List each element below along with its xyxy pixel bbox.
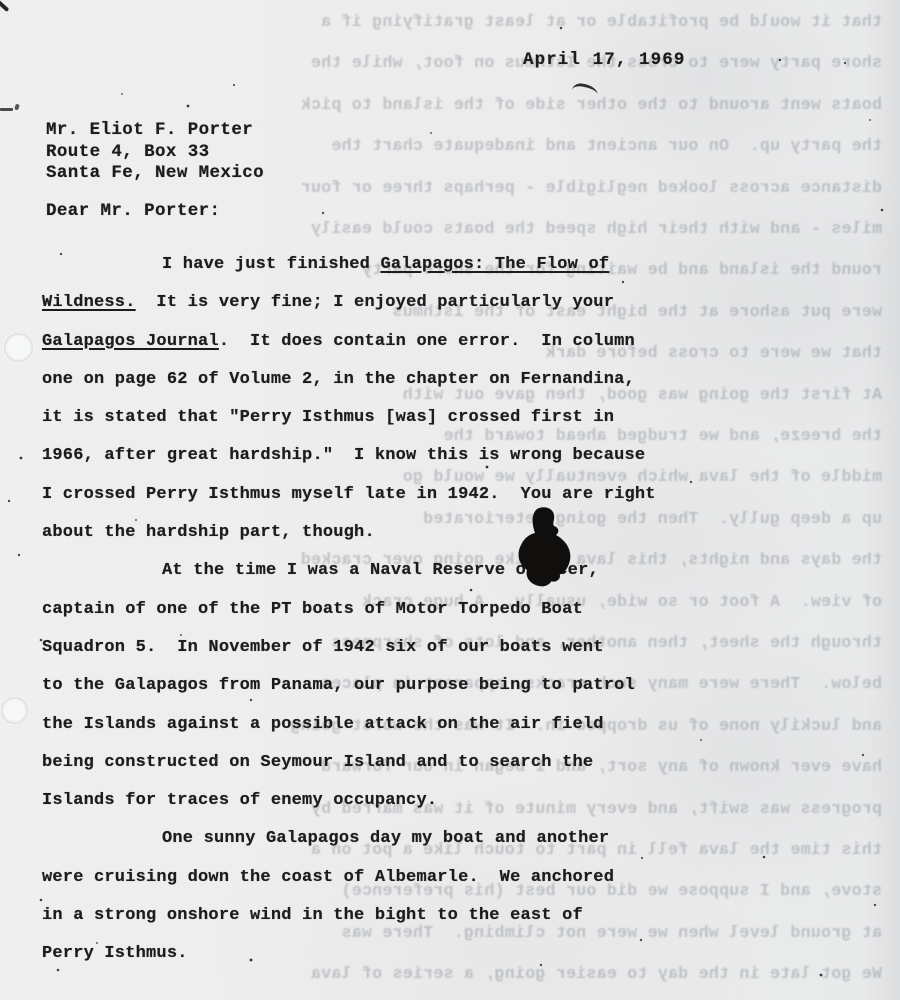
body-line: 1966, after great hardship." I know this…: [42, 437, 656, 475]
ghost-line: the party up. On our ancient and inadequ…: [331, 136, 882, 155]
body-line: Squadron 5. In November of 1942 six of o…: [42, 629, 656, 667]
body-line: one on page 62 of Volume 2, in the chapt…: [42, 361, 656, 399]
address-line: Mr. Eliot F. Porter: [46, 120, 264, 142]
address-line: Santa Fe, New Mexico: [46, 163, 264, 185]
edge-scan-dot: [14, 104, 20, 111]
hole-punch-bottom: [1, 697, 28, 724]
ghost-line: miles - and with their high speed the bo…: [311, 219, 882, 238]
body-line: I have just finished Galapagos: The Flow…: [42, 246, 656, 284]
body-line: it is stated that "Perry Isthmus [was] c…: [42, 399, 656, 437]
hole-punch-top: [4, 333, 33, 362]
ink-blot: [510, 506, 580, 592]
body-line: the Islands against a possible attack on…: [42, 706, 656, 744]
body-line: captain of one of the PT boats of Motor …: [42, 591, 656, 629]
salutation: Dear Mr. Porter:: [46, 201, 220, 221]
paper-specks: [0, 0, 2, 2]
underlined-title: Galapagos Journal: [42, 332, 219, 351]
letter-page: that it would be profitable or at least …: [0, 0, 900, 1000]
body-line: being constructed on Seymour Island and …: [42, 744, 656, 782]
ghost-line: that it would be profitable or at least …: [321, 12, 882, 31]
ghost-line: boats went around to the other side of t…: [301, 95, 883, 114]
body-line: Perry Isthmus.: [42, 935, 656, 973]
body-line: Galapagos Journal. It does contain one e…: [42, 323, 656, 361]
underlined-title: Galapagos: The Flow of: [380, 255, 609, 274]
body-line: in a strong onshore wind in the bight to…: [42, 897, 656, 935]
body-line: One sunny Galapagos day my boat and anot…: [42, 820, 656, 858]
pen-mark: [571, 82, 599, 98]
body-line: Wildness. It is very fine; I enjoyed par…: [42, 284, 656, 322]
recipient-address: Mr. Eliot F. PorterRoute 4, Box 33Santa …: [46, 120, 264, 185]
underlined-title: Wildness.: [42, 293, 136, 312]
body-line: Islands for traces of enemy occupancy.: [42, 782, 656, 820]
letter-body: I have just finished Galapagos: The Flow…: [42, 246, 656, 974]
body-line: to the Galapagos from Panama, our purpos…: [42, 667, 656, 705]
body-line: were cruising down the coast of Albemarl…: [42, 859, 656, 897]
edge-scan-mark: [0, 108, 13, 111]
date-line: April 17, 1969: [523, 50, 685, 70]
address-line: Route 4, Box 33: [46, 142, 264, 164]
ghost-line: distance across looked negligible - perh…: [301, 178, 883, 197]
